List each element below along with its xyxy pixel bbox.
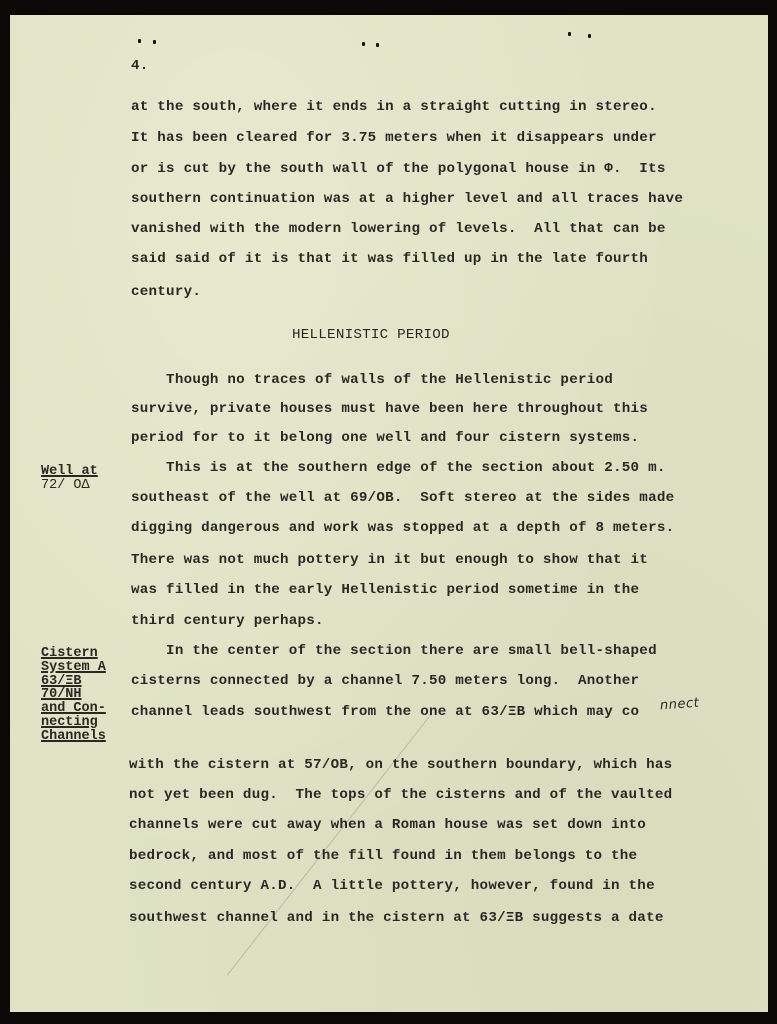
section-heading: HELLENISTIC PERIOD [292, 327, 450, 343]
text-line: or is cut by the south wall of the polyg… [131, 161, 666, 177]
punch-mark [588, 34, 591, 38]
text-line: southern continuation was at a higher le… [131, 191, 683, 207]
text-line: southwest channel and in the cistern at … [129, 910, 664, 926]
margin-note-line: necting [41, 716, 106, 730]
text-line: There was not much pottery in it but eno… [131, 552, 648, 568]
margin-note-line: and Con- [41, 702, 106, 716]
punch-mark [568, 32, 571, 36]
punch-mark [138, 39, 141, 43]
margin-note-line: Well at [41, 465, 98, 479]
text-line: survive, private houses must have been h… [131, 401, 648, 417]
margin-note-line: 70/NH [41, 688, 106, 702]
text-line: century. [131, 284, 201, 300]
text-line: bedrock, and most of the fill found in t… [129, 848, 637, 864]
text-line: channels were cut away when a Roman hous… [129, 817, 646, 833]
paper-crease [227, 715, 431, 976]
margin-note-line: System A [41, 661, 106, 675]
text-line: said said of it is that it was filled up… [131, 251, 648, 267]
punch-mark [153, 40, 156, 44]
text-line: vanished with the modern lowering of lev… [131, 221, 666, 237]
text-line: period for to it belong one well and fou… [131, 430, 639, 446]
text-line: second century A.D. A little pottery, ho… [129, 878, 655, 894]
punch-mark [362, 42, 365, 46]
margin-note-line: Channels [41, 730, 106, 744]
text-line: southeast of the well at 69/OB. Soft ste… [131, 490, 674, 506]
text-line: with the cistern at 57/OB, on the southe… [129, 757, 672, 773]
text-line: cisterns connected by a channel 7.50 met… [131, 673, 639, 689]
text-line: In the center of the section there are s… [131, 643, 657, 659]
margin-note-cistern: Cistern System A 63/ΞB 70/NH and Con- ne… [41, 647, 106, 744]
text-line: This is at the southern edge of the sect… [131, 460, 666, 476]
text-line: channel leads southwest from the one at … [131, 704, 639, 720]
text-line: at the south, where it ends in a straigh… [131, 99, 657, 115]
handwritten-insert: nnect [660, 696, 700, 714]
text-line: not yet been dug. The tops of the cister… [129, 787, 672, 803]
text-line: Though no traces of walls of the Helleni… [131, 372, 613, 388]
margin-note-line: Cistern [41, 647, 106, 661]
punch-mark [376, 43, 379, 47]
text-line: was filled in the early Hellenistic peri… [131, 582, 639, 598]
text-line: third century perhaps. [131, 613, 324, 629]
margin-note-well: Well at 72/ OΔ [41, 465, 98, 493]
margin-note-line: 63/ΞB [41, 675, 106, 689]
page-number: 4. [131, 58, 149, 74]
margin-note-line: 72/ OΔ [41, 479, 98, 493]
text-line: It has been cleared for 3.75 meters when… [131, 130, 657, 146]
text-line: digging dangerous and work was stopped a… [131, 520, 674, 536]
